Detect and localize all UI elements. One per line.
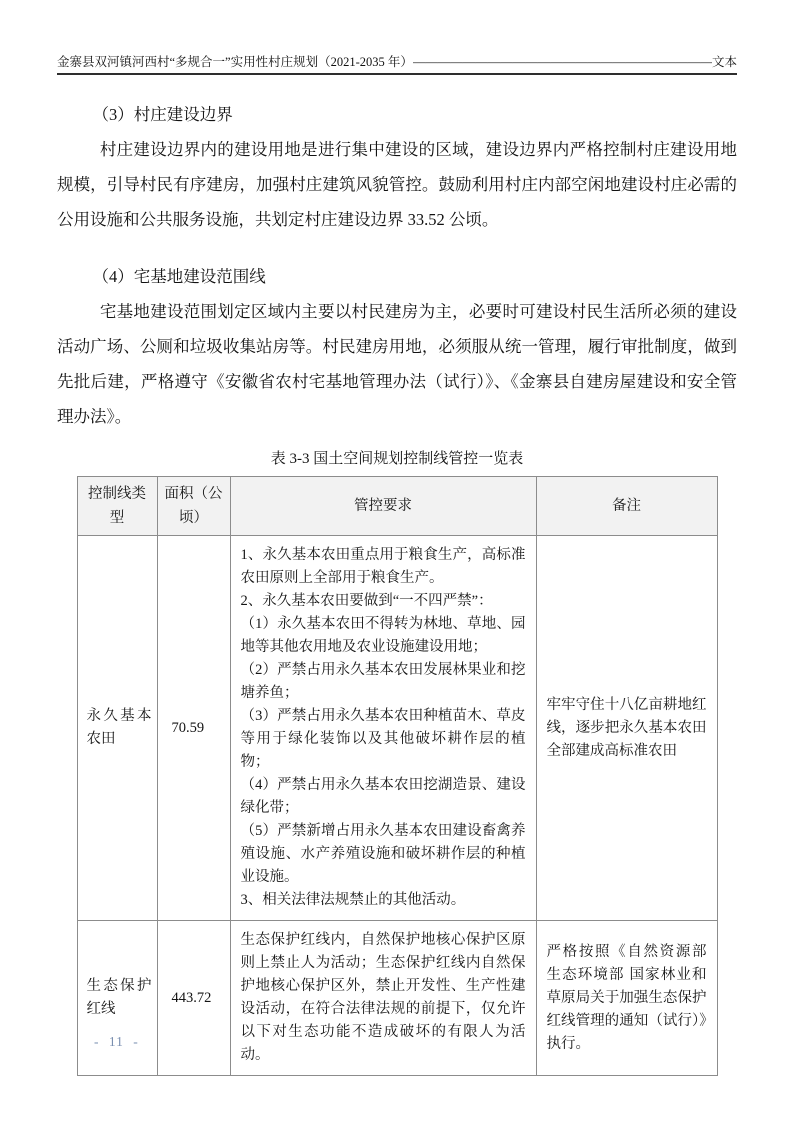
section-heading-homestead-construction-line: （4）宅基地建设范围线 [57, 259, 737, 294]
document-page: 金寨县双河镇河西村“多规合一”实用性村庄规划（2021-2035 年） ————… [0, 0, 794, 1122]
header-doc-type: 文本 [712, 54, 737, 70]
paragraph-homestead-construction-line: 宅基地建设范围划定区域内主要以村民建房为主，必要时可建设村民生活所必须的建设活动… [57, 294, 737, 434]
cell-note-ecological-redline: 严格按照《自然资源部 生态环境部 国家林业和草原局关于加强生态保护红线管理的通知… [536, 921, 717, 1076]
control-line-table: 控制线类型 面积（公顷） 管控要求 备注 永久基本农田 70.59 1、永久基本… [77, 476, 718, 1076]
column-header-remarks: 备注 [536, 477, 717, 536]
document-body: （3）村庄建设边界 村庄建设边界内的建设用地是进行集中建设的区域，建设边界内严格… [57, 97, 737, 1076]
table-row: 永久基本农田 70.59 1、永久基本农田重点用于粮食生产，高标准农田原则上全部… [77, 536, 717, 921]
column-header-control-requirements: 管控要求 [230, 477, 536, 536]
cell-area-ecological-redline: 443.72 [157, 921, 230, 1076]
header-title: 金寨县双河镇河西村“多规合一”实用性村庄规划（2021-2035 年） [57, 54, 413, 70]
table-header-row: 控制线类型 面积（公顷） 管控要求 备注 [77, 477, 717, 536]
column-header-control-line-type: 控制线类型 [77, 477, 157, 536]
paragraph-village-construction-boundary: 村庄建设边界内的建设用地是进行集中建设的区域，建设边界内严格控制村庄建设用地规模… [57, 132, 737, 237]
page-number: - 11 - [94, 1034, 139, 1050]
cell-note-permanent-farmland: 牢牢守住十八亿亩耕地红线，逐步把永久基本农田全部建成高标准农田 [536, 536, 717, 921]
table-row: 生态保护红线 443.72 生态保护红线内，自然保护地核心保护区原则上禁止人为活… [77, 921, 717, 1076]
running-header: 金寨县双河镇河西村“多规合一”实用性村庄规划（2021-2035 年） ————… [57, 0, 737, 75]
cell-requirements-permanent-farmland: 1、永久基本农田重点用于粮食生产，高标准农田原则上全部用于粮食生产。 2、永久基… [230, 536, 536, 921]
header-dash-rule: ———————————————————————————— [413, 54, 712, 70]
section-heading-village-construction-boundary: （3）村庄建设边界 [57, 97, 737, 132]
cell-area-permanent-farmland: 70.59 [157, 536, 230, 921]
cell-requirements-ecological-redline: 生态保护红线内，自然保护地核心保护区原则上禁止人为活动；生态保护红线内自然保护地… [230, 921, 536, 1076]
table-caption: 表 3-3 国土空间规划控制线管控一览表 [57, 450, 737, 469]
column-header-area: 面积（公顷） [157, 477, 230, 536]
cell-type-ecological-redline: 生态保护红线 [77, 921, 157, 1076]
cell-type-permanent-farmland: 永久基本农田 [77, 536, 157, 921]
